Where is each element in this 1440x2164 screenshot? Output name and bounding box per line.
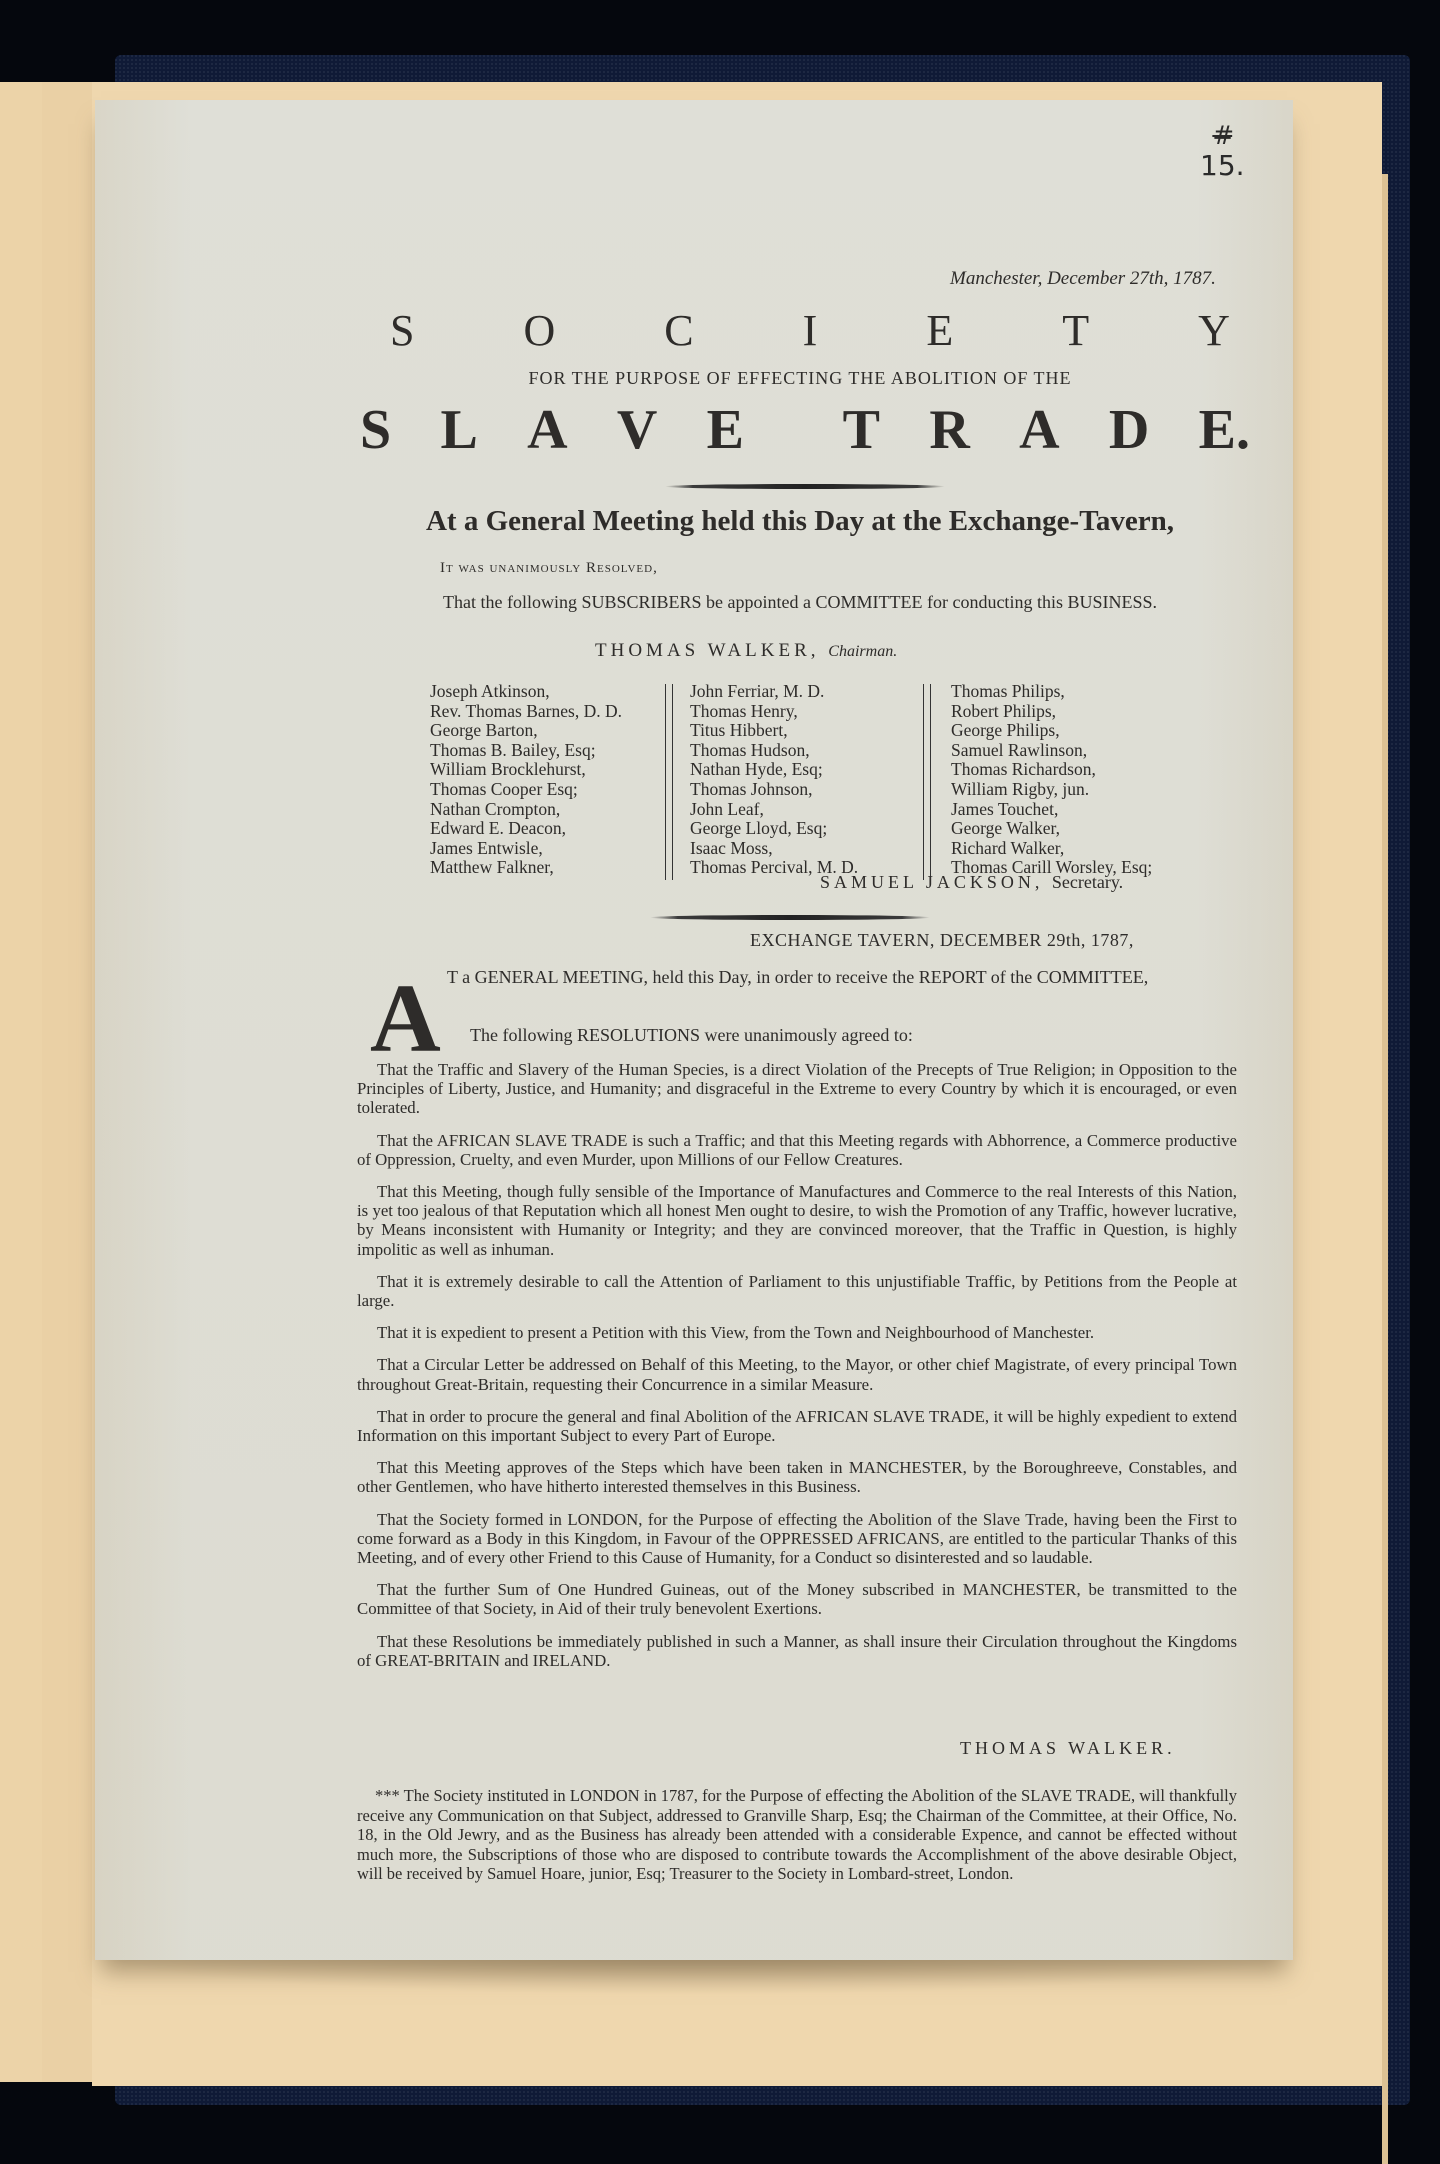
slave-trade-title: S L A V E T R A D E. [360,398,1250,462]
committee-member: Richard Walker, [951,839,1152,859]
committee-column-2: John Ferriar, M. D. Thomas Henry, Titus … [690,682,858,878]
committee-member: Nathan Hyde, Esq; [690,760,858,780]
committee-member: George Walker, [951,819,1152,839]
committee-member: Thomas Philips, [951,682,1152,702]
left-mount-board [0,82,43,2082]
committee-member: Titus Hibbert, [690,721,858,741]
column-divider [923,684,931,880]
committee-member: Edward E. Deacon, [430,819,622,839]
subscribers-line: That the following SUBSCRIBERS be appoin… [365,592,1235,613]
committee-column-3: Thomas Philips, Robert Philips, George P… [951,682,1152,878]
resolution: That in order to procure the general and… [357,1407,1237,1445]
title-letter: I [803,305,818,356]
committee-member: Nathan Crompton, [430,800,622,820]
society-title: S O C I E T Y [390,305,1230,356]
title-letter: E [926,305,953,356]
ornamental-rule [650,915,930,920]
committee-member: Robert Philips, [951,702,1152,722]
resolutions-list: That the Traffic and Slavery of the Huma… [357,1060,1237,1683]
resolution: That the further Sum of One Hundred Guin… [357,1580,1237,1618]
purpose-line: FOR THE PURPOSE OF EFFECTING THE ABOLITI… [450,368,1150,389]
chairman-title: Chairman. [828,643,897,660]
committee-member: Thomas Johnson, [690,780,858,800]
drop-cap: A [370,970,441,1068]
committee-member: George Philips, [951,721,1152,741]
committee-member: Thomas B. Bailey, Esq; [430,741,622,761]
secretary-line: SAMUEL JACKSON, Secretary. [820,872,1123,893]
signature: THOMAS WALKER. [960,1738,1176,1759]
title-letter: E. [1199,398,1250,462]
title-letter: V [617,398,657,462]
title-letter: E [707,398,744,462]
committee-member: Joseph Atkinson, [430,682,622,702]
resolution: That the AFRICAN SLAVE TRADE is such a T… [357,1131,1237,1169]
title-letter: L [440,398,477,462]
resolution: That this Meeting, though fully sensible… [357,1182,1237,1259]
committee-member: Samuel Rawlinson, [951,741,1152,761]
committee-member: James Entwisle, [430,839,622,859]
dateline: Manchester, December 27th, 1787. [950,268,1216,290]
committee-member: George Lloyd, Esq; [690,819,858,839]
committee-member: John Ferriar, M. D. [690,682,858,702]
committee-member: John Leaf, [690,800,858,820]
resolutions-intro: The following RESOLUTIONS were unanimous… [470,1025,913,1046]
broadside-page: Manchester, December 27th, 1787. S O C I… [95,100,1293,1960]
title-letter: Y [1198,305,1230,356]
resolution: That the Society formed in LONDON, for t… [357,1510,1237,1568]
mount-edge [1382,174,1388,2164]
chairman-line: THOMAS WALKER, Chairman. [595,640,897,662]
resolution: That these Resolutions be immediately pu… [357,1632,1237,1670]
title-letter: A [1019,398,1059,462]
committee-member: Thomas Henry, [690,702,858,722]
title-letter: R [929,398,969,462]
title-letter: T [1062,305,1089,356]
committee-member: William Rigby, jun. [951,780,1152,800]
shelfmark-annotation: # 15. [1200,122,1245,181]
resolution: That it is extremely desirable to call t… [357,1272,1237,1310]
ornamental-rule [665,484,945,489]
resolution: That this Meeting approves of the Steps … [357,1458,1237,1496]
committee-column-1: Joseph Atkinson, Rev. Thomas Barnes, D. … [430,682,622,878]
secretary-title: Secretary. [1052,872,1123,892]
footnote: *** The Society instituted in LONDON in … [357,1786,1237,1884]
column-divider [665,684,673,880]
committee-member: James Touchet, [951,800,1152,820]
meeting-intro: T a GENERAL MEETING, held this Day, in o… [447,968,1237,987]
committee-member: Thomas Cooper Esq; [430,780,622,800]
committee-member: Thomas Richardson, [951,760,1152,780]
secretary-name: SAMUEL JACKSON, [820,872,1043,892]
resolution: That a Circular Letter be addressed on B… [357,1355,1237,1393]
committee-member: William Brocklehurst, [430,760,622,780]
committee-member: Matthew Falkner, [430,858,622,878]
title-letter: C [664,305,693,356]
committee-member: George Barton, [430,721,622,741]
resolution: That the Traffic and Slavery of the Huma… [357,1060,1237,1118]
committee-member: Thomas Hudson, [690,741,858,761]
title-letter: A [527,398,567,462]
resolved-line: It was unanimously Resolved, [440,560,658,577]
left-mount-strip [42,82,93,2082]
committee-member: Rev. Thomas Barnes, D. D. [430,702,622,722]
second-dateline: EXCHANGE TAVERN, DECEMBER 29th, 1787, [750,930,1134,951]
resolution: That it is expedient to present a Petiti… [357,1323,1237,1342]
title-letter: S [360,398,391,462]
meeting-heading: At a General Meeting held this Day at th… [365,505,1235,538]
chairman-name: THOMAS WALKER, [595,640,820,661]
title-letter: D [1109,398,1149,462]
committee-member: Isaac Moss, [690,839,858,859]
struck-mark: # [1200,122,1245,151]
title-letter: O [524,305,556,356]
title-letter: T [843,398,880,462]
title-letter: S [390,305,414,356]
footnote-text: *** The Society instituted in LONDON in … [357,1786,1237,1884]
paper-shadow [95,1955,1293,1995]
shelfmark-number: 15. [1200,151,1245,182]
